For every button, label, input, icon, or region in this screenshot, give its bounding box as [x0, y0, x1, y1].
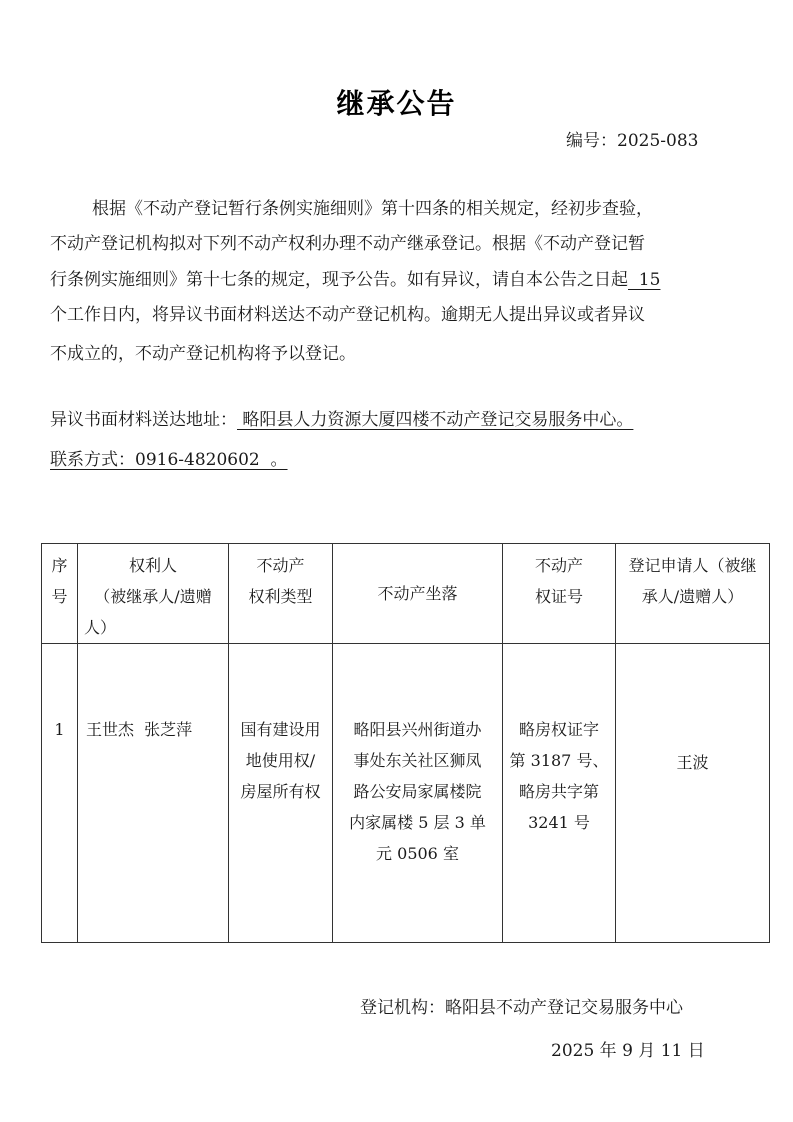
location-text: 路公安局家属楼院	[337, 776, 498, 807]
certificate-text: 略房共字第	[507, 776, 611, 807]
header-text: 登记申请人（被继	[620, 550, 765, 581]
location-text: 元 0506 室	[337, 838, 498, 869]
registration-organization: 登记机构：略阳县不动产登记交易服务中心	[360, 993, 683, 1018]
header-text: 序	[46, 550, 73, 581]
header-text: 人）	[82, 612, 224, 643]
cell-certificate: 略房权证字 第 3187 号、 略房共字第 3241 号	[503, 644, 616, 943]
location-text: 内家属楼 5 层 3 单	[337, 807, 498, 838]
notice-title: 继承公告	[0, 82, 793, 122]
holder-names: 王世杰 张芝萍	[78, 644, 228, 745]
body-line-2: 不动产登记机构拟对下列不动产权利办理不动产继承登记。根据《不动产登记暂	[50, 229, 645, 254]
applicant-name: 王波	[616, 644, 769, 778]
row-index: 1	[42, 644, 77, 745]
header-text: 权利类型	[233, 581, 328, 612]
certificate-text: 3241 号	[507, 807, 611, 838]
location-text: 事处东关社区狮凤	[337, 745, 498, 776]
objection-days: 15	[628, 270, 660, 290]
right-type-text: 国有建设用	[233, 714, 328, 745]
table-row: 1 王世杰 张芝萍 国有建设用 地使用权/ 房屋所有权 略阳县兴州街道办 事处东…	[42, 644, 770, 943]
header-text: 承人/遗赠人）	[620, 581, 765, 612]
header-location: 不动产坐落	[333, 544, 503, 644]
body-line-3-text: 行条例实施细则》第十七条的规定，现予公告。如有异议，请自本公告之日起	[50, 270, 628, 290]
body-line-4: 个工作日内，将异议书面材料送达不动产登记机构。逾期无人提出异议或者异议	[50, 300, 645, 325]
certificate-text: 略房权证字	[507, 714, 611, 745]
cell-index: 1	[42, 644, 78, 943]
right-type-text: 房屋所有权	[233, 776, 328, 807]
table-header-row: 序 号 权利人 （被继承人/遗赠 人） 不动产 权利类型 不动产坐落 不动产	[42, 544, 770, 644]
header-index: 序 号	[42, 544, 78, 644]
body-line-1: 根据《不动产登记暂行条例实施细则》第十四条的相关规定，经初步查验，	[92, 194, 653, 219]
header-text: 不动产	[507, 550, 611, 581]
right-type-text: 地使用权/	[233, 745, 328, 776]
document-number: 编号：2025-083	[566, 126, 698, 151]
header-right-type: 不动产 权利类型	[229, 544, 333, 644]
body-line-5: 不成立的，不动产登记机构将予以登记。	[50, 339, 356, 364]
cell-right-type: 国有建设用 地使用权/ 房屋所有权	[229, 644, 333, 943]
contact-info: 联系方式：0916-4820602 。	[50, 445, 288, 470]
cell-holder: 王世杰 张芝萍	[78, 644, 229, 943]
objection-address: 异议书面材料送达地址： 略阳县人力资源大厦四楼不动产登记交易服务中心。	[50, 405, 633, 430]
address-value: 略阳县人力资源大厦四楼不动产登记交易服务中心。	[237, 410, 633, 430]
header-text: （被继承人/遗赠	[82, 581, 224, 612]
header-holder: 权利人 （被继承人/遗赠 人）	[78, 544, 229, 644]
notice-date: 2025 年 9 月 11 日	[551, 1036, 705, 1061]
cell-applicant: 王波	[616, 644, 770, 943]
address-label: 异议书面材料送达地址：	[50, 410, 237, 430]
body-line-3: 行条例实施细则》第十七条的规定，现予公告。如有异议，请自本公告之日起 15	[50, 265, 660, 290]
header-text: 号	[46, 581, 73, 612]
header-applicant: 登记申请人（被继 承人/遗赠人）	[616, 544, 770, 644]
cell-location: 略阳县兴州街道办 事处东关社区狮凤 路公安局家属楼院 内家属楼 5 层 3 单 …	[333, 644, 503, 943]
header-text: 权证号	[507, 581, 611, 612]
header-text: 不动产	[233, 550, 328, 581]
inheritance-table: 序 号 权利人 （被继承人/遗赠 人） 不动产 权利类型 不动产坐落 不动产	[41, 543, 770, 943]
header-text: 权利人	[82, 550, 224, 581]
location-text: 略阳县兴州街道办	[337, 714, 498, 745]
header-certificate: 不动产 权证号	[503, 544, 616, 644]
certificate-text: 第 3187 号、	[507, 745, 611, 776]
header-text: 不动产坐落	[337, 578, 498, 609]
